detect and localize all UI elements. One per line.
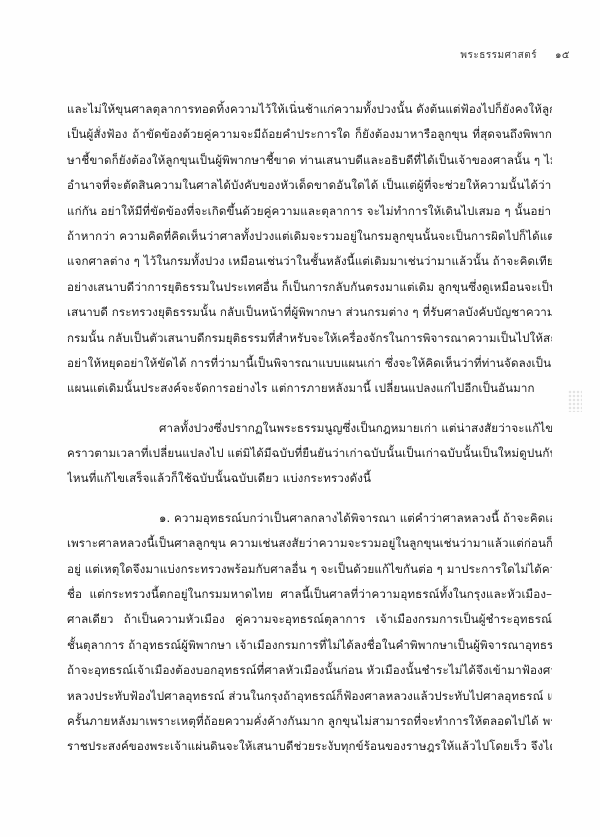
text-line: เสนาบดี กระทรวงยุติธรรมนั้น กลับเป็นหน้า… bbox=[67, 300, 552, 325]
text-line: ๑. ความอุทธรณ์บกว่าเป็นศาลกลางได้พิจารณา… bbox=[67, 506, 552, 531]
text-line: อย่าให้หยุดอย่าให้ขัดได้ การที่ว่ามานี้เ… bbox=[67, 351, 552, 376]
text-line: ศาลเดียว ถ้าเป็นความหัวเมือง คู่ความจะอุ… bbox=[67, 607, 552, 632]
text-line: ราชประสงค์ของพระเจ้าแผ่นดินจะให้เสนาบดีช… bbox=[67, 734, 552, 759]
page-number: ๑๕ bbox=[555, 48, 570, 63]
text-line: และไม่ให้ขุนศาลตุลาการทอดทิ้งความไว้ให้เ… bbox=[67, 97, 552, 122]
page-header: พระธรรมศาสตร์ ๑๕ bbox=[460, 48, 570, 63]
text-line: อยู่ แต่เหตุใดจึงมาแบ่งกระทรวงพร้อมกับศา… bbox=[67, 557, 552, 582]
text-line: ถ้าจะอุทธรณ์เจ้าเมืองต้องบอกอุทธรณ์ที่ศา… bbox=[67, 658, 552, 683]
text-line: หลวงประทับฟ้องไปศาลอุทธรณ์ ส่วนในกรุงถ้า… bbox=[67, 684, 552, 709]
text-line: ถ้าหากว่า ความคิดที่คิดเห็นว่าศาลทั้งปวง… bbox=[67, 224, 552, 249]
text-line: เป็นผู้สั่งฟ้อง ถ้าขัดข้องด้วยคู่ความจะม… bbox=[67, 122, 552, 147]
text-line: เพราะศาลหลวงนี้เป็นศาลลูกขุน ความเช่นสงส… bbox=[67, 531, 552, 556]
text-line: แผนแต่เดิมนั้นประสงค์จะจัดการอย่างไร แต่… bbox=[67, 376, 552, 401]
text-line: แจกศาลต่าง ๆ ไว้ในกรมทั้งปวง เหมือนเช่นว… bbox=[67, 249, 552, 274]
text-line: ไหนที่แก้ไขเสร็จแล้วก็ใช้ฉบับนั้นฉบับเดี… bbox=[67, 466, 552, 491]
paragraph-gap bbox=[67, 492, 552, 506]
text-line: ศาลทั้งปวงซึ่งปรากฏในพระธรรมนูญซึ่งเป็นก… bbox=[67, 416, 552, 441]
running-title: พระธรรมศาสตร์ bbox=[460, 48, 537, 63]
text-line: คราวตามเวลาที่เปลี่ยนแปลงไป แต่มิได้มีฉบ… bbox=[67, 441, 552, 466]
text-line: อย่างเสนาบดีว่าการยุติธรรมในประเทศอื่น ก… bbox=[67, 275, 552, 300]
text-line: ษาชี้ขาดก็ยังต้องให้ลูกขุนเป็นผู้พิพากษา… bbox=[67, 148, 552, 173]
text-line: กรมนั้น กลับเป็นตัวเสนาบดีกรมยุติธรรมที่… bbox=[67, 326, 552, 351]
text-line: ชื่อ แต่กระทรวงนี้ตกอยู่ในกรมมหาดไทย ศาล… bbox=[67, 582, 552, 607]
paragraph-gap bbox=[67, 402, 552, 416]
text-line: ครั้นภายหลังมาเพราะเหตุที่ถ้อยความคั่งค้… bbox=[67, 709, 552, 734]
body-text: และไม่ให้ขุนศาลตุลาการทอดทิ้งความไว้ให้เ… bbox=[67, 97, 552, 760]
scan-speck bbox=[568, 390, 582, 412]
text-line: แก่กัน อย่าให้มีที่ขัดข้องที่จะเกิดขึ้นด… bbox=[67, 199, 552, 224]
text-line: อำนาจที่จะตัดสินความในศาลได้บังคับของหัว… bbox=[67, 173, 552, 198]
text-line: ชั้นตุลาการ ถ้าอุทธรณ์ผู้พิพากษา เจ้าเมื… bbox=[67, 633, 552, 658]
document-page: พระธรรมศาสตร์ ๑๕ และไม่ให้ขุนศาลตุลาการท… bbox=[0, 0, 600, 837]
